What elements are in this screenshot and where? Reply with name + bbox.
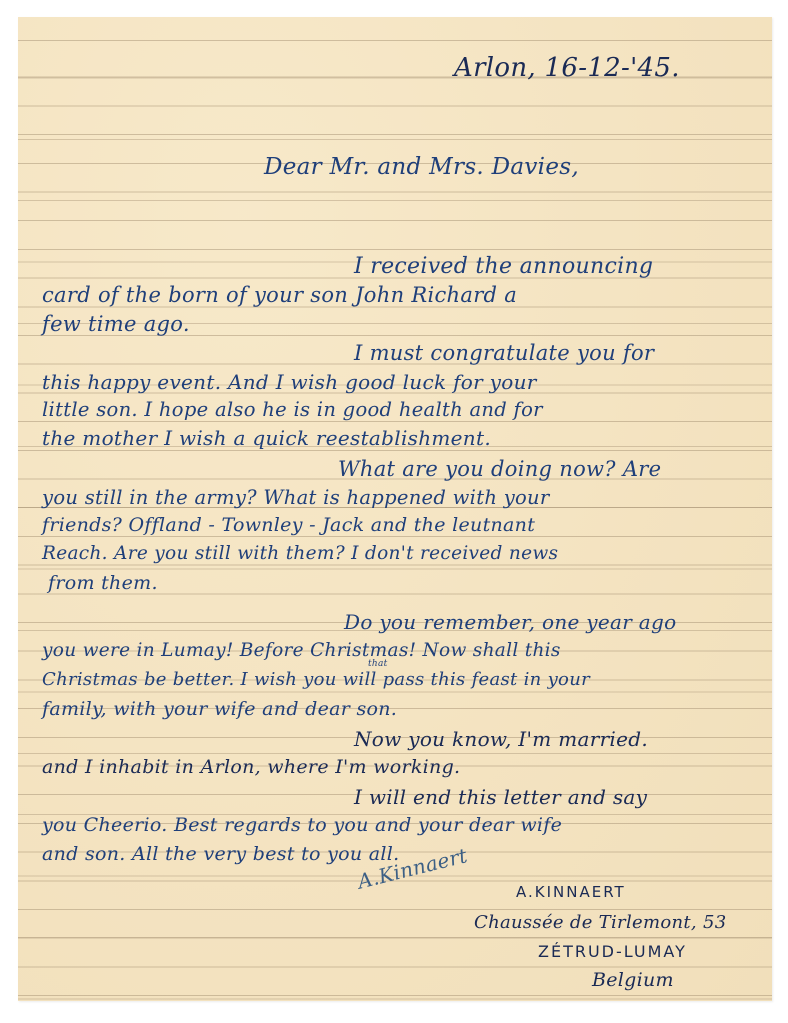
interlinear-insertion: that [368,659,388,669]
body-line-18: and I inhabit in Arlon, where I'm workin… [42,756,460,778]
salutation: Dear Mr. and Mrs. Davies, [264,154,579,180]
body-line-12: from them. [48,572,158,594]
body-line-16: family, with your wife and dear son. [42,698,397,720]
address-line-2: ZÉTRUD-LUMAY [538,942,687,961]
address-line-1: Chaussée de Tirlemont, 53 [474,912,726,933]
body-line-20: you Cheerio. Best regards to you and you… [42,814,562,836]
body-line-21: and son. All the very best to you all. [42,843,400,865]
sender-name: A.KINNAERT [516,883,626,901]
place-date: Arlon, 16-12-'45. [454,53,680,83]
letter-paper: Arlon, 16-12-'45. Dear Mr. and Mrs. Davi… [18,17,772,1001]
body-line-8: What are you doing now? Are [338,457,661,481]
body-line-6: little son. I hope also he is in good he… [42,398,543,421]
body-line-19: I will end this letter and say [354,785,647,809]
body-line-10: friends? Offland - Townley - Jack and th… [42,514,535,536]
body-line-3: few time ago. [42,312,190,336]
body-line-1: I received the announcing [354,254,653,279]
body-line-15: Christmas be better. I wish you will pas… [42,669,590,690]
body-line-14: you were in Lumay! Before Christmas! Now… [42,640,561,661]
body-line-17: Now you know, I'm married. [354,727,648,751]
body-line-13: Do you remember, one year ago [344,610,676,634]
body-line-5: this happy event. And I wish good luck f… [42,370,537,394]
body-line-9: you still in the army? What is happened … [42,486,550,509]
body-line-7: the mother I wish a quick reestablishmen… [42,426,491,450]
body-line-11: Reach. Are you still with them? I don't … [42,543,558,564]
address-line-3: Belgium [592,969,674,991]
body-line-4: I must congratulate you for [354,341,654,365]
body-line-2: card of the born of your son John Richar… [42,283,517,307]
